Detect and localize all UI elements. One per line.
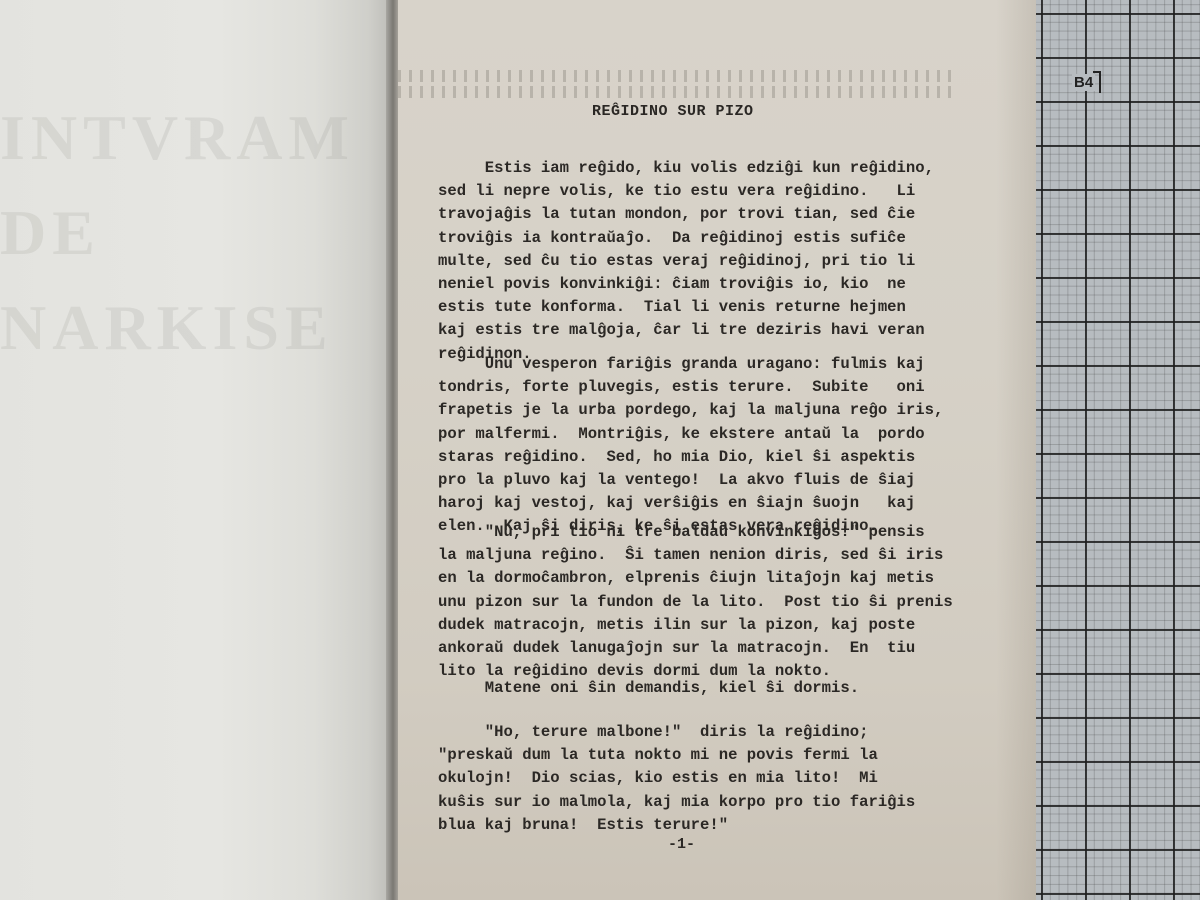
grid-label: B4	[1072, 74, 1095, 91]
bleed-through-text: INTVRAM DE NARKISE	[0, 90, 390, 350]
paragraph: Unu vesperon fariĝis granda uragano: ful…	[438, 353, 978, 539]
bleed-line: DE	[0, 185, 390, 280]
paragraph: Estis iam reĝido, kiu volis edziĝi kun r…	[438, 157, 978, 366]
paragraph: "Ho, terure malbone!" diris la reĝidino;…	[438, 721, 978, 837]
page-number: -1-	[668, 836, 695, 853]
bleed-smudge	[398, 86, 958, 98]
paragraph: Matene oni ŝin demandis, kiel ŝi dormis.	[438, 677, 978, 700]
bleed-smudge	[398, 70, 958, 82]
bleed-line: INTVRAM	[0, 90, 390, 185]
paragraph: "Nu, pri tio ni tre baldaŭ konvinkiĝos!"…	[438, 521, 978, 683]
grid-label-bracket-icon	[1093, 71, 1101, 93]
left-page: INTVRAM DE NARKISE	[0, 0, 392, 900]
bleed-line: NARKISE	[0, 280, 390, 350]
page-title: REĜIDINO SUR PIZO	[592, 103, 754, 120]
cutting-mat-grid	[1036, 0, 1200, 900]
